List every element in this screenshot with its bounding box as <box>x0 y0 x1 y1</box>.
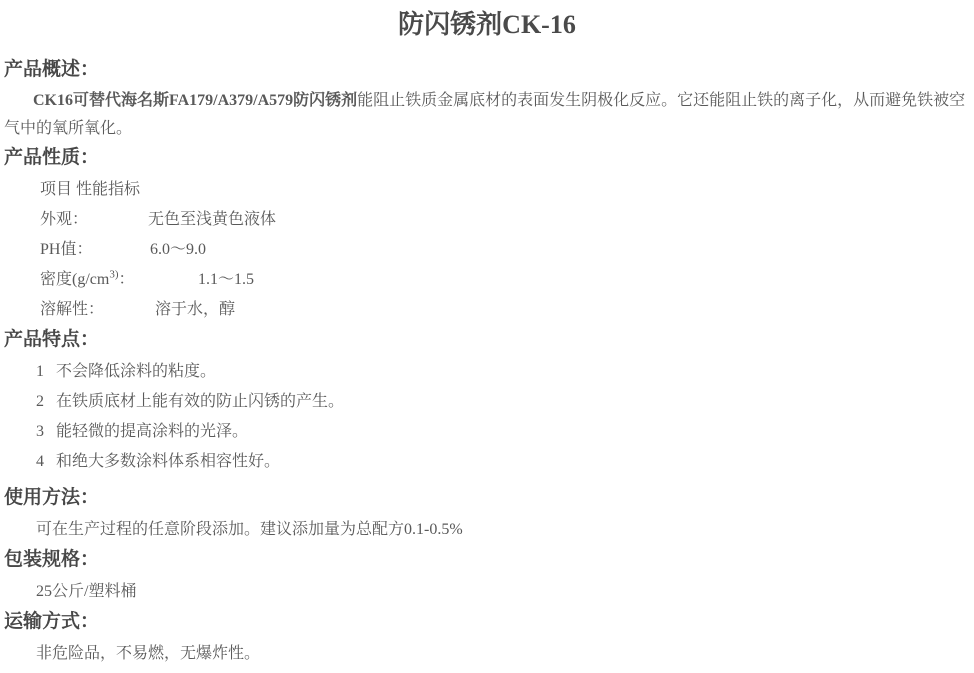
property-label: PH值： <box>40 235 150 265</box>
property-label-pre: 密度(g/cm <box>40 271 109 288</box>
heading-packaging: 包装规格： <box>4 547 970 573</box>
feature-text: 在铁质底材上能有效的防止闪锈的产生。 <box>56 393 344 410</box>
feature-number: 4 <box>36 447 56 477</box>
page-title-code: CK-16 <box>502 10 576 39</box>
property-label-post: ： <box>119 271 135 288</box>
feature-number: 1 <box>36 357 56 387</box>
page-title-zh: 防闪锈剂 <box>398 9 502 39</box>
overview-paragraph: CK16可替代海名斯FA179/A379/A579防闪锈剂能阻止铁质金属底材的表… <box>4 87 970 143</box>
feature-item: 3能轻微的提高涂料的光泽。 <box>4 417 970 447</box>
packaging-text: 25公斤/塑料桶 <box>4 577 970 607</box>
feature-item: 1不会降低涂料的粘度。 <box>4 357 970 387</box>
heading-usage: 使用方法： <box>4 485 970 511</box>
transport-text: 非危险品，不易燃，无爆炸性。 <box>4 639 970 669</box>
feature-item: 4和绝大多数涂料体系相容性好。 <box>4 447 970 477</box>
property-value: 溶于水，醇 <box>155 301 235 318</box>
property-row-ph: PH值：6.0～9.0 <box>4 235 970 265</box>
feature-item: 2在铁质底材上能有效的防止闪锈的产生。 <box>4 387 970 417</box>
feature-text: 和绝大多数涂料体系相容性好。 <box>56 453 280 470</box>
feature-number: 3 <box>36 417 56 447</box>
property-value: 无色至浅黄色液体 <box>148 211 276 228</box>
feature-number: 2 <box>36 387 56 417</box>
heading-properties: 产品性质： <box>4 145 970 171</box>
document-page: { "title": { "zh": "防闪锈剂", "code": "CK-1… <box>0 0 974 673</box>
properties-columns-header: 项目 性能指标 <box>4 175 970 205</box>
property-label: 溶解性： <box>40 295 155 325</box>
usage-text: 可在生产过程的任意阶段添加。建议添加量为总配方0.1-0.5% <box>4 515 970 545</box>
property-label: 密度(g/cm3)： <box>40 265 198 295</box>
feature-text: 能轻微的提高涂料的光泽。 <box>56 423 248 440</box>
property-value: 1.1～1.5 <box>198 271 254 288</box>
heading-features: 产品特点： <box>4 327 970 353</box>
heading-overview: 产品概述： <box>4 57 970 83</box>
property-row-solubility: 溶解性：溶于水，醇 <box>4 295 970 325</box>
overview-paragraph-bold: CK16可替代海名斯FA179/A379/A579防闪锈剂 <box>33 92 357 109</box>
property-row-appearance: 外观：无色至浅黄色液体 <box>4 205 970 235</box>
property-label: 外观： <box>40 205 148 235</box>
property-label-sup: 3) <box>109 269 118 281</box>
property-value: 6.0～9.0 <box>150 241 206 258</box>
feature-text: 不会降低涂料的粘度。 <box>56 363 216 380</box>
property-row-density: 密度(g/cm3)：1.1～1.5 <box>4 265 970 295</box>
page-title: 防闪锈剂CK-16 <box>4 6 970 43</box>
heading-transport: 运输方式： <box>4 609 970 635</box>
